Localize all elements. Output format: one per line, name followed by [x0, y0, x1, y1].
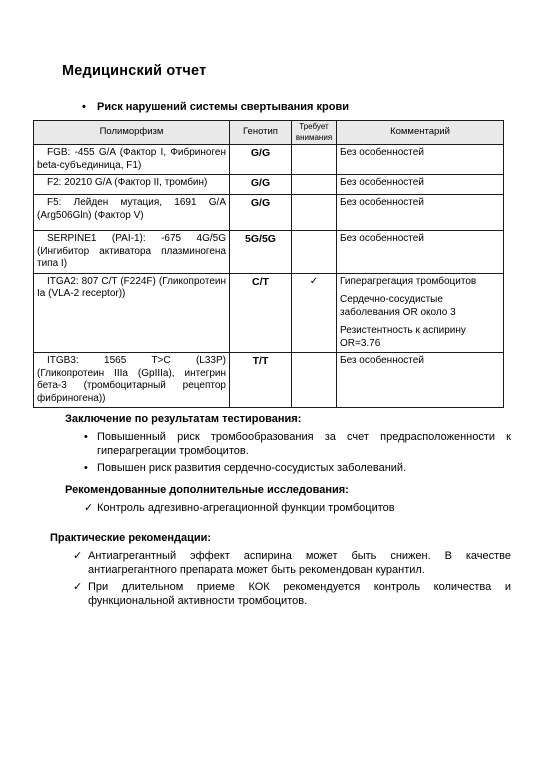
table-row: ITGA2: 807 C/T (F224F) (Гликопротеин Ia …: [34, 273, 504, 353]
comment-text: Без особенностей: [340, 177, 500, 190]
column-header-comment: Комментарий: [337, 121, 504, 145]
comment-cell: Гиперагрегация тромбоцитов Сердечно-сосу…: [337, 273, 504, 353]
comment-text: Сердечно-сосудистые заболевания OR около…: [340, 294, 500, 319]
attention-cell: ✓: [292, 273, 337, 353]
conclusion-item-text: Повышен риск развития сердечно-сосудисты…: [97, 461, 511, 475]
page-title: Медицинский отчет: [62, 63, 545, 79]
attention-cell: [292, 145, 337, 175]
practical-recommendation-item-text: При длительном приеме КОК рекомендуется …: [88, 580, 511, 608]
recommended-tests-heading: Рекомендованные дополнительные исследова…: [65, 484, 545, 497]
list-item: ✓ Контроль адгезивно-агрегационной функц…: [84, 501, 511, 515]
recommended-tests-section: Рекомендованные дополнительные исследова…: [0, 484, 545, 515]
genotype-cell: G/G: [230, 195, 292, 231]
polymorphism-cell: ITGA2: 807 C/T (F224F) (Гликопротеин Ia …: [34, 273, 230, 353]
polymorphism-cell: ITGB3: 1565 T>C (L33P) (Гликопротеин III…: [34, 353, 230, 408]
conclusion-item-text: Повышенный риск тромбообразования за сче…: [97, 430, 511, 458]
risk-section-title: Риск нарушений системы свертывания крови: [97, 101, 349, 114]
comment-cell: Без особенностей: [337, 145, 504, 175]
check-icon: ✓: [84, 501, 97, 515]
comment-cell: Без особенностей: [337, 231, 504, 274]
attention-cell: [292, 231, 337, 274]
practical-recommendation-item-text: Антиагрегантный эффект аспирина может бы…: [88, 549, 511, 577]
practical-recommendations-section: Практические рекомендации: ✓ Антиагреган…: [0, 532, 545, 608]
table-row: F5: Лейден мутация, 1691 G/A (Arg506Gln)…: [34, 195, 504, 231]
polymorphism-cell: F5: Лейден мутация, 1691 G/A (Arg506Gln)…: [34, 195, 230, 231]
column-header-polymorphism: Полиморфизм: [34, 121, 230, 145]
table-row: FGB: -455 G/A (Фактор I, Фибриноген beta…: [34, 145, 504, 175]
attention-cell: [292, 175, 337, 195]
genotype-cell: G/G: [230, 145, 292, 175]
bullet-icon: •: [84, 461, 97, 475]
polymorphism-table: Полиморфизм Генотип Требует внимания Ком…: [33, 120, 504, 408]
table-header-row: Полиморфизм Генотип Требует внимания Ком…: [34, 121, 504, 145]
genotype-cell: 5G/5G: [230, 231, 292, 274]
risk-section-heading: • Риск нарушений системы свертывания кро…: [82, 101, 545, 114]
comment-text: Гиперагрегация тромбоцитов: [340, 276, 500, 289]
comment-text: Без особенностей: [340, 147, 500, 160]
comment-cell: Без особенностей: [337, 195, 504, 231]
list-item: • Повышен риск развития сердечно-сосудис…: [84, 461, 511, 475]
genotype-cell: T/T: [230, 353, 292, 408]
comment-text: Резистентность к аспирину OR=3.76: [340, 325, 500, 350]
polymorphism-cell: F2: 20210 G/A (Фактор II, тромбин): [34, 175, 230, 195]
comment-text: Без особенностей: [340, 233, 500, 246]
comment-text: Без особенностей: [340, 197, 500, 210]
check-icon: ✓: [73, 549, 88, 577]
check-icon: ✓: [73, 580, 88, 608]
medical-report-document: Медицинский отчет • Риск нарушений систе…: [0, 0, 545, 608]
practical-recommendations-heading: Практические рекомендации:: [50, 532, 545, 545]
column-header-attention: Требует внимания: [292, 121, 337, 145]
polymorphism-cell: FGB: -455 G/A (Фактор I, Фибриноген beta…: [34, 145, 230, 175]
conclusion-section: Заключение по результатам тестирования: …: [0, 413, 545, 475]
polymorphism-cell: SERPINE1 (PAI-1): -675 4G/5G (Ингибитор …: [34, 231, 230, 274]
list-item: ✓ При длительном приеме КОК рекомендуетс…: [73, 580, 511, 608]
conclusion-heading: Заключение по результатам тестирования:: [65, 413, 545, 426]
attention-cell: [292, 353, 337, 408]
genotype-cell: G/G: [230, 175, 292, 195]
comment-text: Без особенностей: [340, 355, 500, 368]
attention-check-icon: ✓: [310, 276, 318, 287]
comment-cell: Без особенностей: [337, 175, 504, 195]
table-row: SERPINE1 (PAI-1): -675 4G/5G (Ингибитор …: [34, 231, 504, 274]
table-row: F2: 20210 G/A (Фактор II, тромбин) G/G Б…: [34, 175, 504, 195]
bullet-icon: •: [84, 430, 97, 458]
attention-cell: [292, 195, 337, 231]
comment-cell: Без особенностей: [337, 353, 504, 408]
column-header-genotype: Генотип: [230, 121, 292, 145]
bullet-icon: •: [82, 101, 97, 114]
list-item: • Повышенный риск тромбообразования за с…: [84, 430, 511, 458]
list-item: ✓ Антиагрегантный эффект аспирина может …: [73, 549, 511, 577]
table-row: ITGB3: 1565 T>C (L33P) (Гликопротеин III…: [34, 353, 504, 408]
genotype-cell: C/T: [230, 273, 292, 353]
recommended-test-item-text: Контроль адгезивно-агрегационной функции…: [97, 501, 511, 515]
